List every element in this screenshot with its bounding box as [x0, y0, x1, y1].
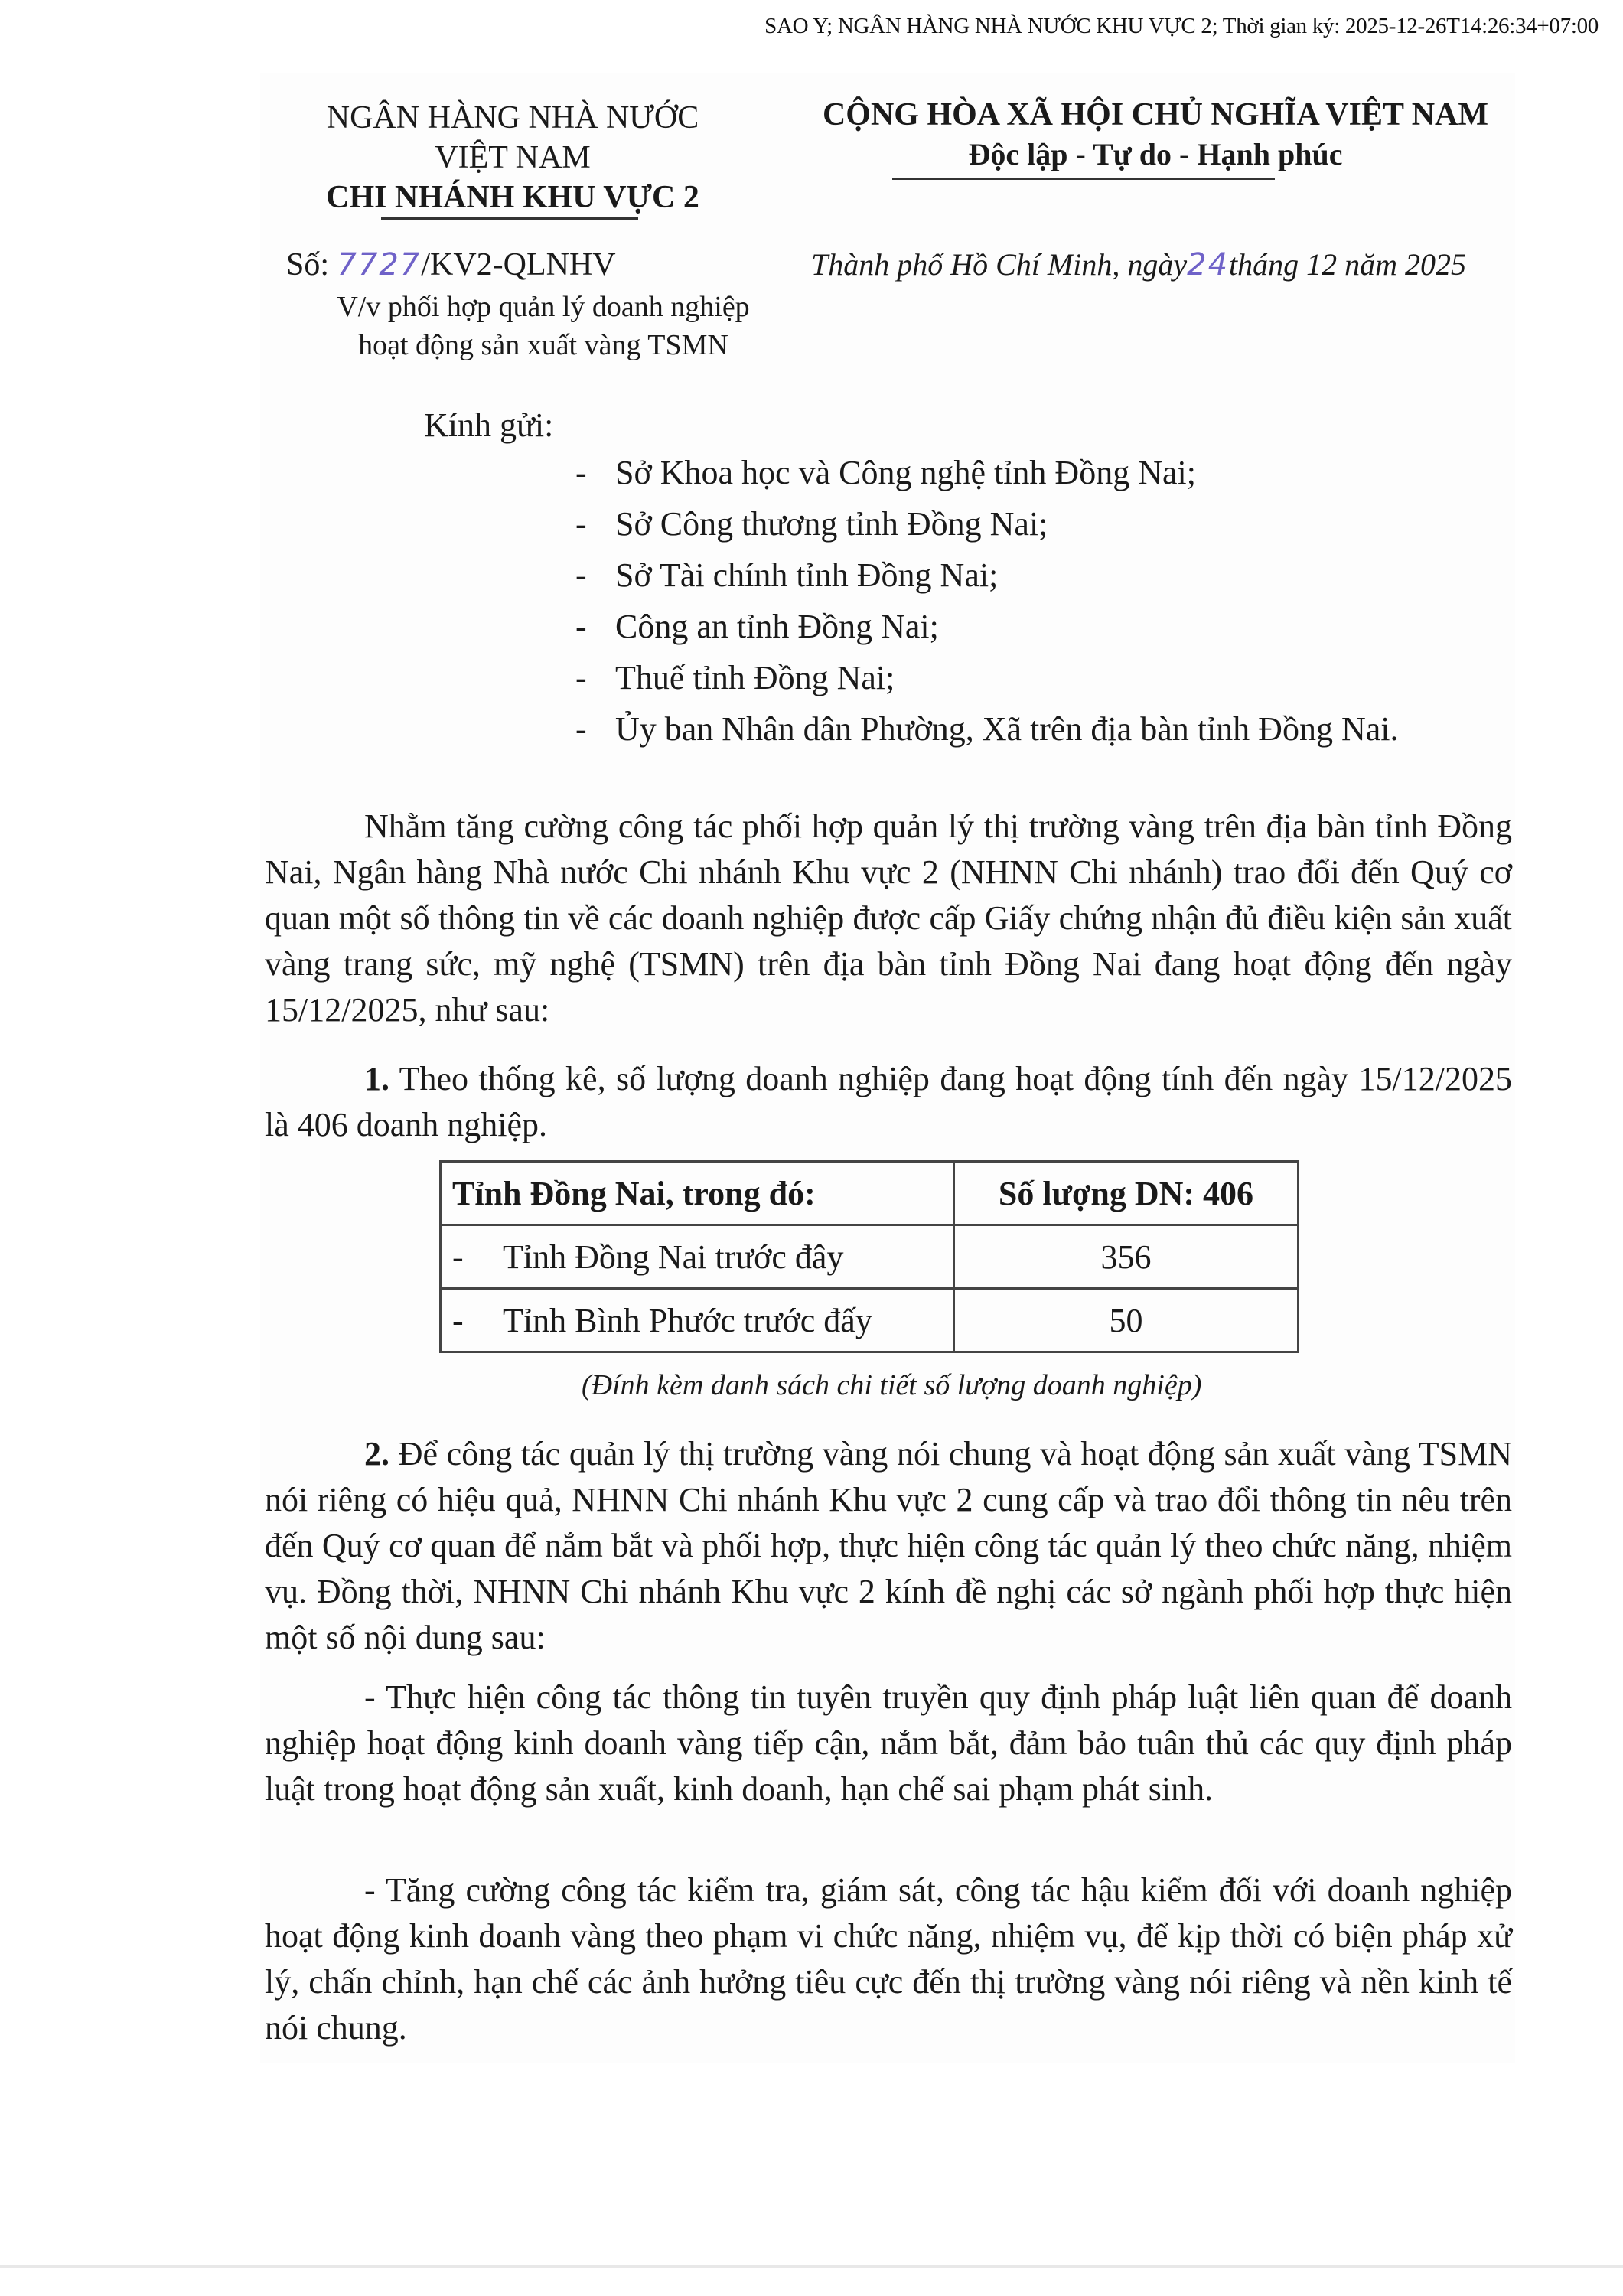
scan-bottom-edge: [0, 2265, 1623, 2268]
date-prefix: Thành phố Hồ Chí Minh, ngày: [811, 247, 1187, 282]
place-and-date: Thành phố Hồ Chí Minh, ngày24tháng 12 nă…: [811, 246, 1466, 282]
section-1-number: 1.: [364, 1060, 389, 1097]
section-1-text: Theo thống kê, số lượng doanh nghiệp đan…: [265, 1060, 1512, 1143]
recipient-item: -Sở Tài chính tỉnh Đồng Nai;: [575, 550, 1398, 601]
issuing-agency: NGÂN HÀNG NHÀ NƯỚC VIỆT NAM CHI NHÁNH KH…: [275, 98, 750, 217]
table-header-count: Số lượng DN: 406: [954, 1162, 1299, 1225]
row-value: 50: [954, 1289, 1299, 1352]
handwritten-day: 24: [1187, 247, 1229, 282]
date-suffix: tháng 12 năm 2025: [1229, 247, 1466, 282]
section-2: 2. Để công tác quản lý thị trường vàng n…: [265, 1431, 1512, 1661]
row-label: Tỉnh Đồng Nai trước đây: [503, 1238, 843, 1276]
table-row: -Tỉnh Đồng Nai trước đây 356: [441, 1225, 1299, 1289]
subject-line-2: hoạt động sản xuất vàng TSMN: [275, 326, 811, 364]
recipient-item: -Ủy ban Nhân dân Phường, Xã trên địa bàn…: [575, 703, 1398, 755]
recipient-list: -Sở Khoa học và Công nghệ tỉnh Đồng Nai;…: [575, 447, 1398, 755]
enterprise-count-table: Tỉnh Đồng Nai, trong đó: Số lượng DN: 40…: [439, 1160, 1299, 1353]
agency-branch: CHI NHÁNH KHU VỰC 2: [275, 178, 750, 217]
table-header-province: Tỉnh Đồng Nai, trong đó:: [441, 1162, 954, 1225]
handwritten-number: 7727: [337, 247, 422, 282]
national-motto: Độc lập - Tự do - Hạnh phúc: [796, 135, 1515, 174]
row-label: Tỉnh Bình Phước trước đấy: [503, 1302, 872, 1339]
row-value: 356: [954, 1225, 1299, 1289]
salutation: Kính gửi:: [424, 406, 553, 445]
table-caption: (Đính kèm danh sách chi tiết số lượng do…: [582, 1368, 1201, 1402]
document-number: Số: 7727/KV2-QLNHV: [286, 246, 616, 283]
table-row: -Tỉnh Bình Phước trước đấy 50: [441, 1289, 1299, 1352]
document-subject: V/v phối hợp quản lý doanh nghiệp hoạt đ…: [275, 288, 811, 364]
intro-paragraph: Nhằm tăng cường công tác phối hợp quản l…: [265, 804, 1512, 1033]
request-item-2: - Tăng cường công tác kiểm tra, giám sát…: [265, 1867, 1512, 2051]
motto-underline: [892, 178, 1275, 180]
section-1: 1. Theo thống kê, số lượng doanh nghiệp …: [265, 1056, 1512, 1148]
recipient-item: -Công an tỉnh Đồng Nai;: [575, 601, 1398, 652]
table-header-row: Tỉnh Đồng Nai, trong đó: Số lượng DN: 40…: [441, 1162, 1299, 1225]
request-item-1: - Thực hiện công tác thông tin tuyên tru…: [265, 1675, 1512, 1812]
doc-number-suffix: /KV2-QLNHV: [421, 247, 615, 282]
agency-line-1: NGÂN HÀNG NHÀ NƯỚC: [275, 98, 750, 138]
digital-copy-stamp: SAO Y; NGÂN HÀNG NHÀ NƯỚC KHU VỰC 2; Thờ…: [0, 14, 1599, 39]
recipient-item: -Sở Khoa học và Công nghệ tỉnh Đồng Nai;: [575, 447, 1398, 498]
doc-number-prefix: Số:: [286, 247, 337, 282]
section-2-text: Để công tác quản lý thị trường vàng nói …: [265, 1435, 1512, 1656]
national-title: CỘNG HÒA XÃ HỘI CHỦ NGHĨA VIỆT NAM: [796, 95, 1515, 135]
agency-line-2: VIỆT NAM: [275, 138, 750, 178]
national-header: CỘNG HÒA XÃ HỘI CHỦ NGHĨA VIỆT NAM Độc l…: [796, 95, 1515, 174]
subject-line-1: V/v phối hợp quản lý doanh nghiệp: [275, 288, 811, 326]
section-2-number: 2.: [364, 1435, 389, 1473]
agency-underline: [381, 217, 638, 220]
recipient-item: -Thuế tỉnh Đồng Nai;: [575, 652, 1398, 703]
recipient-item: -Sở Công thương tỉnh Đồng Nai;: [575, 498, 1398, 550]
